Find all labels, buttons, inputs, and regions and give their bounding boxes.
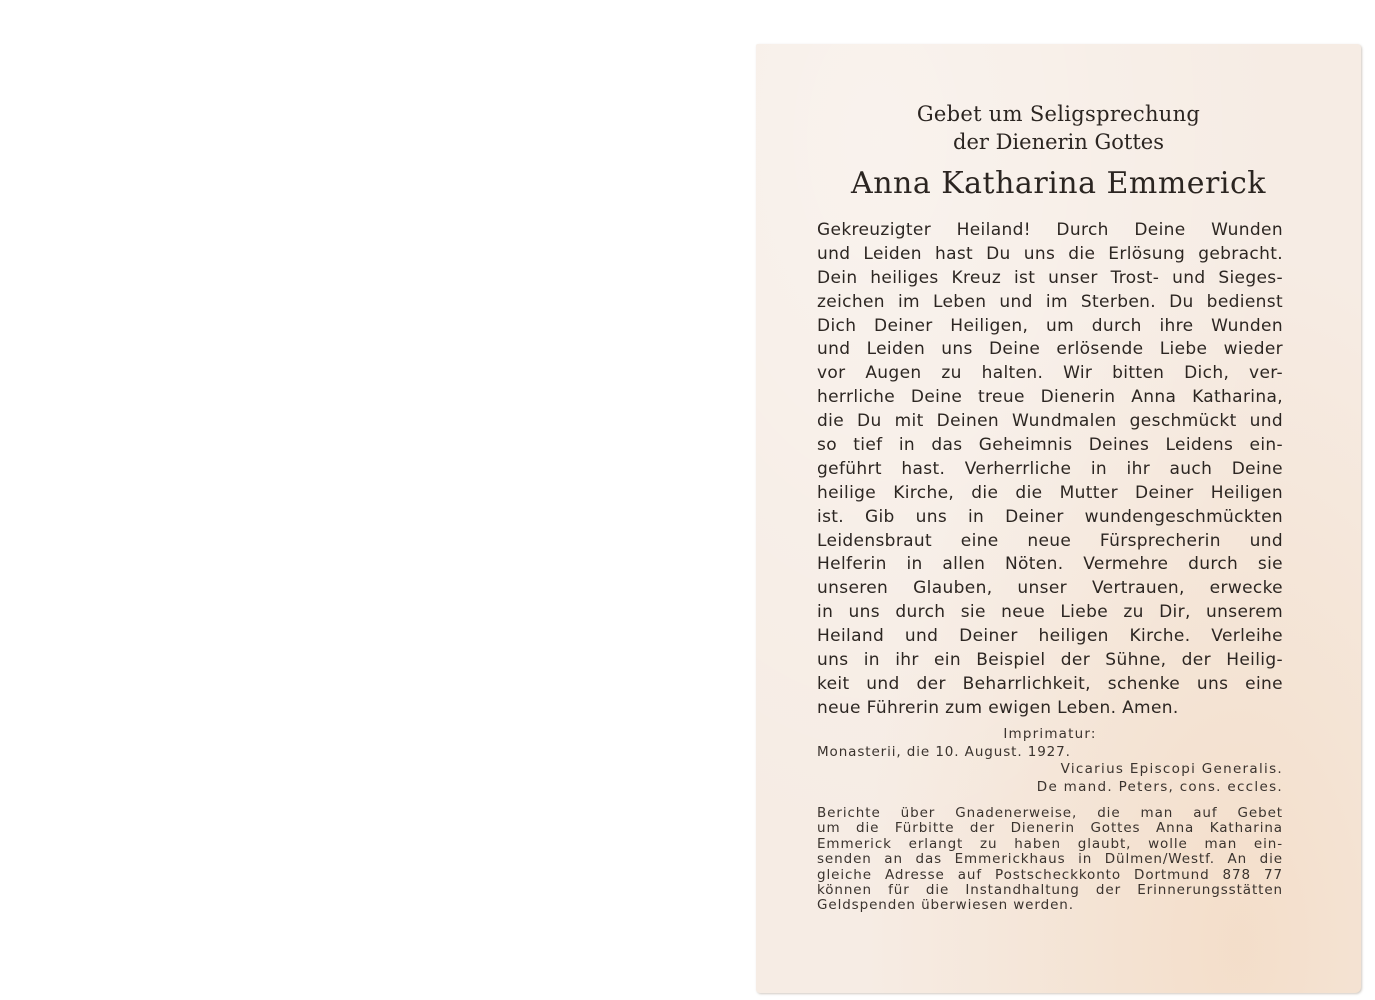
prayer-line: so tief in das Geheimnis Deines Leidens …	[817, 434, 1283, 458]
prayer-line: ist. Gib uns in Deiner wundengeschmückte…	[817, 506, 1283, 530]
prayer-line: Dein heiliges Kreuz ist unser Trost- und…	[817, 267, 1283, 291]
note-line: Geldspenden überwiesen werden.	[817, 898, 1283, 913]
heading-line-2: der Dienerin Gottes	[756, 130, 1361, 154]
prayer-line: keit und der Beharrlichkeit, schenke uns…	[817, 673, 1283, 697]
prayer-line: die Du mit Deinen Wundmalen geschmückt u…	[817, 410, 1283, 434]
note-line: Emmerick erlangt zu haben glaubt, wolle …	[817, 837, 1283, 852]
prayer-line: neue Führerin zum ewigen Leben. Amen.	[817, 697, 1283, 721]
note-line: gleiche Adresse auf Postscheckkonto Dort…	[817, 868, 1283, 883]
prayer-line: geführt hast. Verherrliche in ihr auch D…	[817, 458, 1283, 482]
heading-name: Anna Katharina Emmerick	[756, 166, 1361, 201]
note-line: können für die Instandhaltung der Erinne…	[817, 883, 1283, 898]
prayer-line: Dich Deiner Heiligen, um durch ihre Wund…	[817, 315, 1283, 339]
note-line: Berichte über Gnadenerweise, die man auf…	[817, 806, 1283, 821]
prayer-line: uns in ihr ein Beispiel der Sühne, der H…	[817, 649, 1283, 673]
prayer-line: herrliche Deine treue Dienerin Anna Kath…	[817, 386, 1283, 410]
imprimatur-place-date: Monasterii, die 10. August. 1927.	[817, 744, 1283, 762]
prayer-line: in uns durch sie neue Liebe zu Dir, unse…	[817, 601, 1283, 625]
prayer-line: heilige Kirche, die die Mutter Deiner He…	[817, 482, 1283, 506]
imprimatur-signature: De mand. Peters, cons. eccles.	[817, 779, 1283, 797]
heading-line-1: Gebet um Seligsprechung	[756, 102, 1361, 126]
imprimatur-block: Imprimatur: Monasterii, die 10. August. …	[817, 726, 1283, 796]
prayer-line: Leidensbraut eine neue Fürsprecherin und	[817, 530, 1283, 554]
note-line: senden an das Emmerickhaus in Dülmen/Wes…	[817, 852, 1283, 867]
imprimatur-title: Imprimatur:	[817, 726, 1283, 744]
prayer-card: Gebet um Seligsprechung der Dienerin Got…	[756, 44, 1361, 993]
imprimatur-office: Vicarius Episcopi Generalis.	[817, 761, 1283, 779]
prayer-line: vor Augen zu halten. Wir bitten Dich, ve…	[817, 362, 1283, 386]
prayer-text: Gekreuzigter Heiland! Durch Deine Wunden…	[817, 219, 1283, 721]
prayer-line: unseren Glauben, unser Vertrauen, erweck…	[817, 577, 1283, 601]
prayer-line: Helferin in allen Nöten. Vermehre durch …	[817, 553, 1283, 577]
prayer-line: zeichen im Leben und im Sterben. Du bedi…	[817, 291, 1283, 315]
prayer-line: und Leiden hast Du uns die Erlösung gebr…	[817, 243, 1283, 267]
prayer-line: Gekreuzigter Heiland! Durch Deine Wunden	[817, 219, 1283, 243]
prayer-line: Heiland und Deiner heiligen Kirche. Verl…	[817, 625, 1283, 649]
note-line: um die Fürbitte der Dienerin Gottes Anna…	[817, 821, 1283, 836]
reports-note: Berichte über Gnadenerweise, die man auf…	[817, 806, 1283, 914]
prayer-line: und Leiden uns Deine erlösende Liebe wie…	[817, 338, 1283, 362]
